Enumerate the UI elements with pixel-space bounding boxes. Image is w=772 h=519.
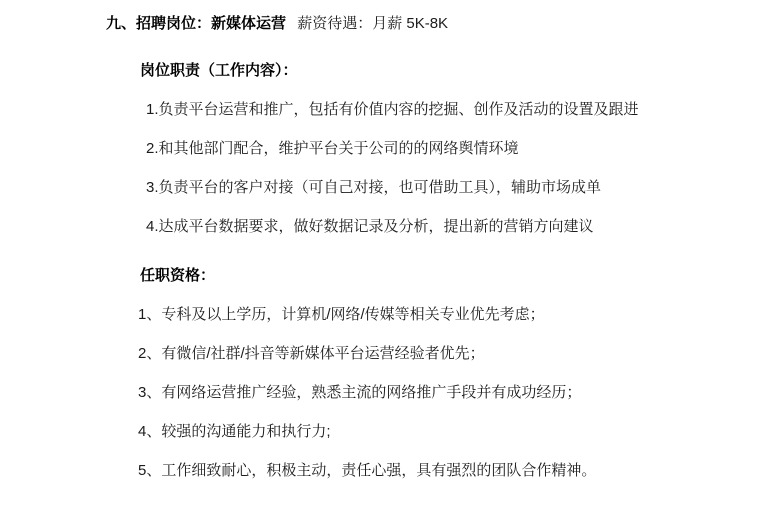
job-position-title: 九、招聘岗位：新媒体运营 <box>106 15 286 32</box>
section-heading-responsibilities: 岗位职责（工作内容）： <box>0 61 772 80</box>
salary-info: 薪资待遇：月薪 5K-8K <box>297 15 448 32</box>
qualification-item: 4、较强的沟通能力和执行力; <box>0 422 772 441</box>
responsibility-item: 4.达成平台数据要求，做好数据记录及分析，提出新的营销方向建议 <box>0 217 772 236</box>
section-heading-qualifications: 任职资格： <box>0 266 772 285</box>
qualification-item: 5、工作细致耐心，积极主动，责任心强，具有强烈的团队合作精神。 <box>0 461 772 480</box>
qualification-item: 2、有微信/社群/抖音等新媒体平台运营经验者优先； <box>0 344 772 363</box>
qualification-item: 3、有网络运营推广经验，熟悉主流的网络推广手段并有成功经历； <box>0 383 772 402</box>
document-page: 九、招聘岗位：新媒体运营 薪资待遇：月薪 5K-8K 岗位职责（工作内容）： 1… <box>0 0 772 519</box>
responsibility-item: 1.负责平台运营和推广，包括有价值内容的挖掘、创作及活动的设置及跟进 <box>0 100 772 119</box>
job-title-line: 九、招聘岗位：新媒体运营 薪资待遇：月薪 5K-8K <box>0 0 772 33</box>
qualification-item: 1、专科及以上学历，计算机/网络/传媒等相关专业优先考虑； <box>0 305 772 324</box>
responsibility-item: 2.和其他部门配合，维护平台关于公司的的网络舆情环境 <box>0 139 772 158</box>
responsibility-item: 3.负责平台的客户对接（可自己对接，也可借助工具），辅助市场成单 <box>0 178 772 197</box>
